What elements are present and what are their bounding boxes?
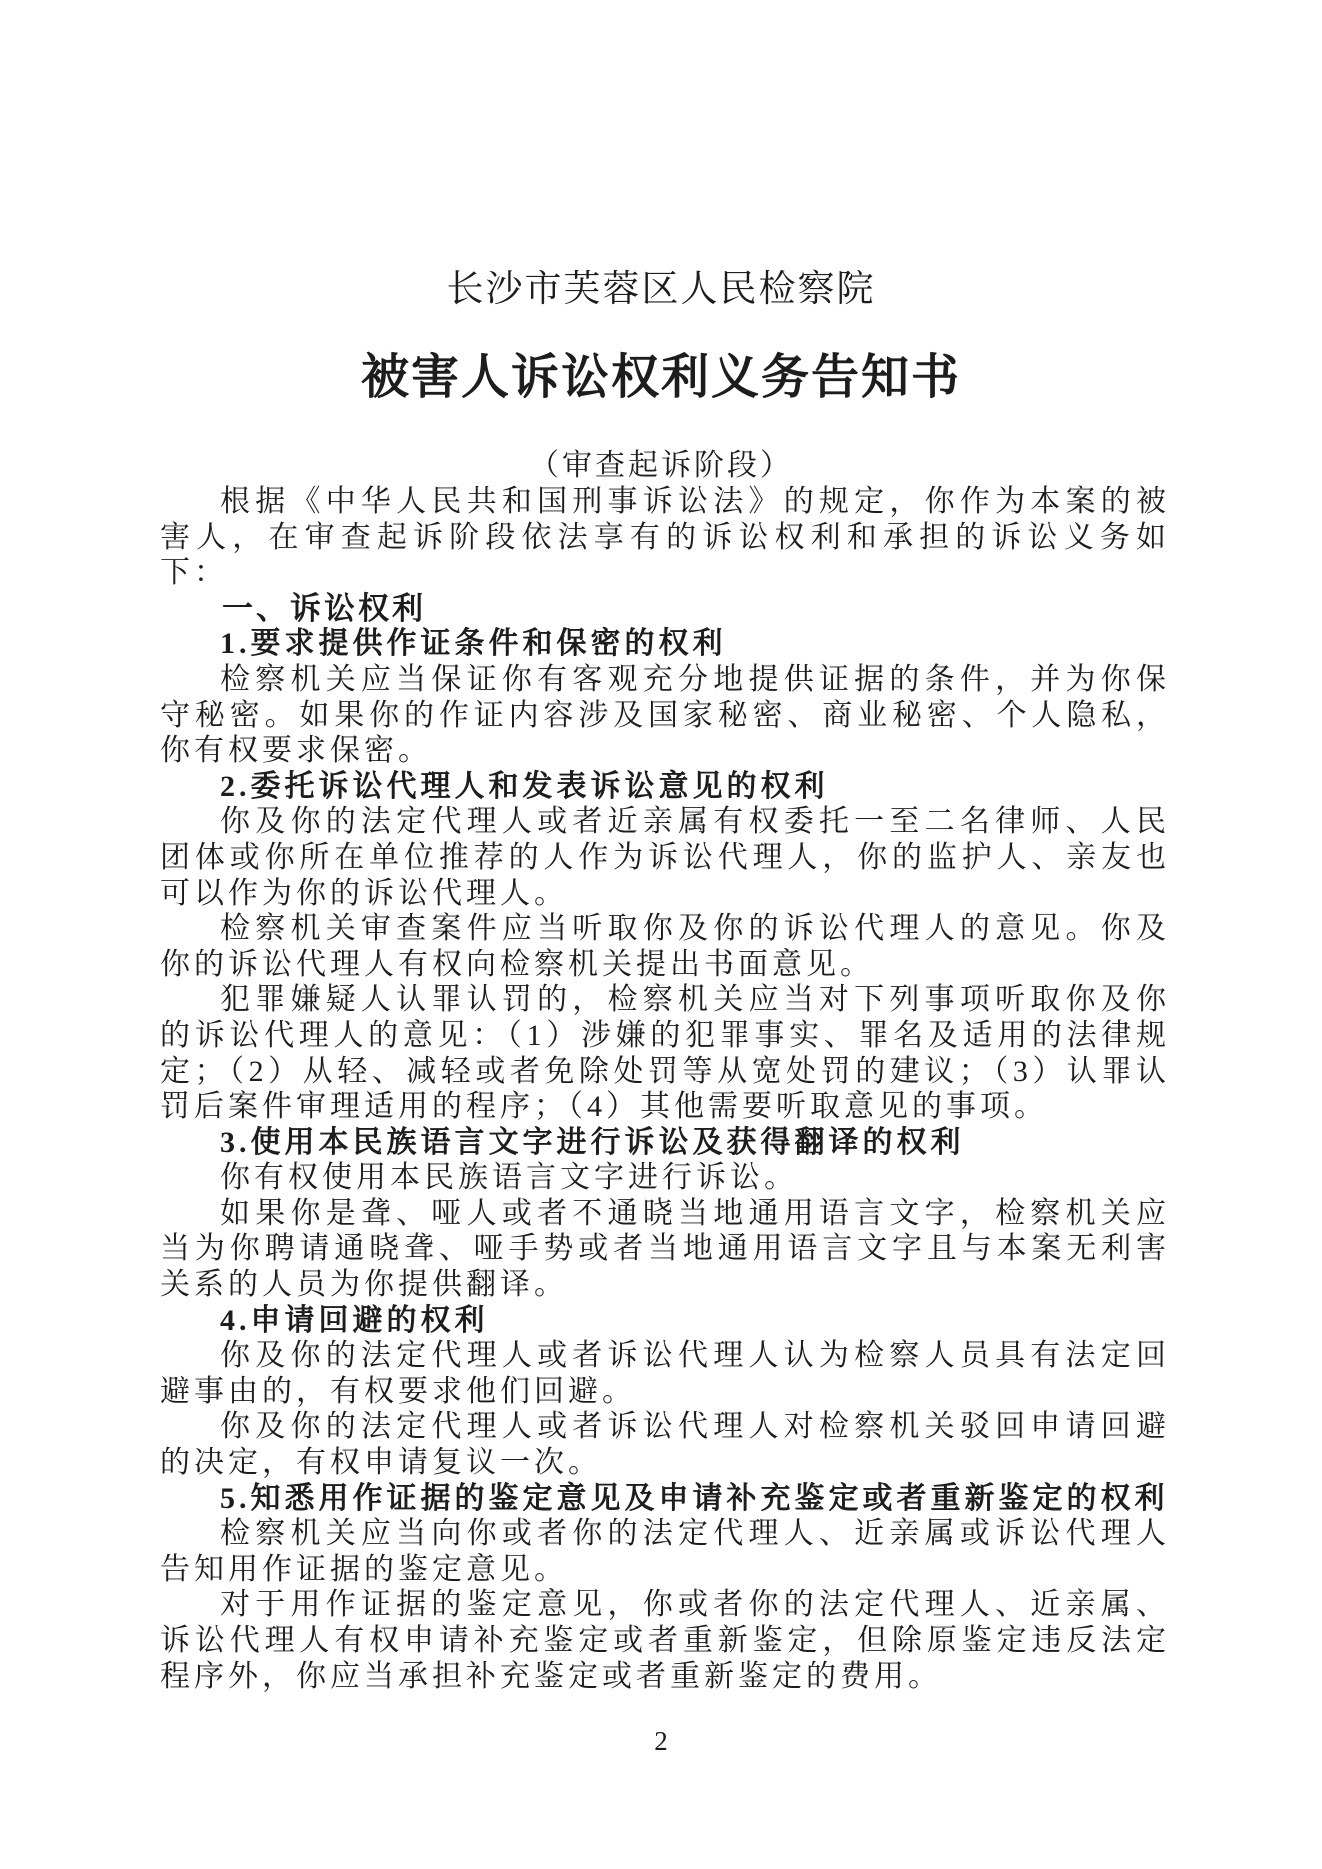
item-5-paragraph-1: 检察机关应当向你或者你的法定代理人、近亲属或诉讼代理人告知用作证据的鉴定意见。 <box>160 1516 1170 1587</box>
item-2-paragraph-2: 检察机关审查案件应当听取你及你的诉讼代理人的意见。你及你的诉讼代理人有权向检察机… <box>160 911 1170 982</box>
stage-subtitle: （审查起诉阶段） <box>0 440 1322 484</box>
item-4-paragraph-1: 你及你的法定代理人或者诉讼代理人认为检察人员具有法定回避事由的，有权要求他们回避… <box>160 1338 1170 1409</box>
item-2-paragraph-3: 犯罪嫌疑人认罪认罚的，检察机关应当对下列事项听取你及你的诉讼代理人的意见：（1）… <box>160 982 1170 1124</box>
document-body: 根据《中华人民共和国刑事诉讼法》的规定，你作为本案的被害人，在审查起诉阶段依法享… <box>160 484 1170 1694</box>
court-name: 长沙市芙蓉区人民检察院 <box>0 258 1322 312</box>
section-heading-rights: 一、诉讼权利 <box>160 591 1170 627</box>
item-3-paragraph-1: 你有权使用本民族语言文字进行诉讼。 <box>160 1160 1170 1196</box>
item-5-heading: 5.知悉用作证据的鉴定意见及申请补充鉴定或者重新鉴定的权利 <box>160 1481 1170 1517</box>
item-3-paragraph-2: 如果你是聋、哑人或者不通晓当地通用语言文字，检察机关应当为你聘请通晓聋、哑手势或… <box>160 1196 1170 1303</box>
document-title: 被害人诉讼权利义务告知书 <box>0 338 1322 407</box>
item-5-paragraph-2: 对于用作证据的鉴定意见，你或者你的法定代理人、近亲属、诉讼代理人有权申请补充鉴定… <box>160 1587 1170 1694</box>
intro-paragraph: 根据《中华人民共和国刑事诉讼法》的规定，你作为本案的被害人，在审查起诉阶段依法享… <box>160 484 1170 591</box>
item-1-paragraph-1: 检察机关应当保证你有客观充分地提供证据的条件，并为你保守秘密。如果你的作证内容涉… <box>160 662 1170 769</box>
item-2-paragraph-1: 你及你的法定代理人或者近亲属有权委托一至二名律师、人民团体或你所在单位推荐的人作… <box>160 804 1170 911</box>
item-4-heading: 4.申请回避的权利 <box>160 1303 1170 1339</box>
item-2-heading: 2.委托诉讼代理人和发表诉讼意见的权利 <box>160 769 1170 805</box>
document-page: 长沙市芙蓉区人民检察院 被害人诉讼权利义务告知书 （审查起诉阶段） 根据《中华人… <box>0 0 1322 1869</box>
item-4-paragraph-2: 你及你的法定代理人或者诉讼代理人对检察机关驳回申请回避的决定，有权申请复议一次。 <box>160 1409 1170 1480</box>
page-number: 2 <box>0 1726 1322 1757</box>
item-3-heading: 3.使用本民族语言文字进行诉讼及获得翻译的权利 <box>160 1125 1170 1161</box>
item-1-heading: 1.要求提供作证条件和保密的权利 <box>160 626 1170 662</box>
